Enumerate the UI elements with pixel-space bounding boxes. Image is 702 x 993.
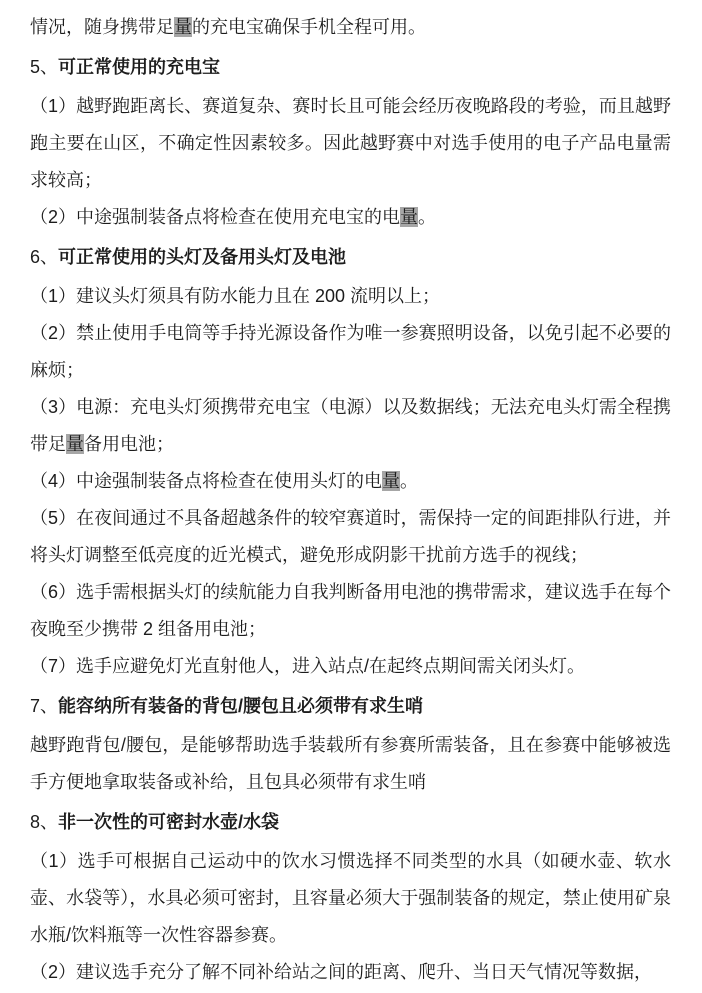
text-run: （7）选手应避免灯光直射他人，进入站点/在起终点期间需关闭头灯。 <box>30 656 585 676</box>
text-run: 。 <box>400 471 418 491</box>
paragraph: （7）选手应避免灯光直射他人，进入站点/在起终点期间需关闭头灯。 <box>30 648 671 685</box>
text-run: 。 <box>418 207 436 227</box>
text-run: （6）选手需根据头灯的续航能力自我判断备用电池的携带需求，建议选手在每个夜晚至少… <box>30 582 671 639</box>
highlighted-character: 量 <box>174 17 192 37</box>
text-run: 情况，随身携带足 <box>30 17 174 37</box>
document-page: 情况，随身携带足量的充电宝确保手机全程可用。5、可正常使用的充电宝（1）越野跑距… <box>0 0 702 993</box>
text-run: （1）建议头灯须具有防水能力且在 200 流明以上； <box>30 286 440 306</box>
heading-number: 7、 <box>30 696 58 716</box>
text-run: 的充电宝确保手机全程可用。 <box>192 17 426 37</box>
paragraph: （1）选手可根据自己运动中的饮水习惯选择不同类型的水具（如硬水壶、软水壶、水袋等… <box>30 843 671 954</box>
heading-number: 5、 <box>30 57 58 77</box>
document-body: 情况，随身携带足量的充电宝确保手机全程可用。5、可正常使用的充电宝（1）越野跑距… <box>30 9 671 991</box>
section-heading: 8、非一次性的可密封水壶/水袋 <box>30 804 671 841</box>
highlighted-character: 量 <box>382 471 400 491</box>
paragraph: （2）建议选手充分了解不同补给站之间的距离、爬升、当日天气情况等数据， <box>30 954 671 991</box>
section-heading: 6、可正常使用的头灯及备用头灯及电池 <box>30 239 671 276</box>
text-run: （2）建议选手充分了解不同补给站之间的距离、爬升、当日天气情况等数据， <box>30 962 652 982</box>
heading-title: 可正常使用的充电宝 <box>58 57 220 77</box>
highlighted-character: 量 <box>66 434 84 454</box>
text-run: （1）越野跑距离长、赛道复杂、赛时长且可能会经历夜晚路段的考验，而且越野跑主要在… <box>30 96 671 190</box>
heading-title: 可正常使用的头灯及备用头灯及电池 <box>58 247 346 267</box>
paragraph: （6）选手需根据头灯的续航能力自我判断备用电池的携带需求，建议选手在每个夜晚至少… <box>30 574 671 648</box>
text-run: 备用电池； <box>84 434 174 454</box>
paragraph: 越野跑背包/腰包，是能够帮助选手装载所有参赛所需装备，且在参赛中能够被选手方便地… <box>30 727 671 801</box>
text-run: （5）在夜间通过不具备超越条件的较窄赛道时，需保持一定的间距排队行进，并将头灯调… <box>30 508 671 565</box>
section-heading: 5、可正常使用的充电宝 <box>30 49 671 86</box>
paragraph: （2）中途强制装备点将检查在使用充电宝的电量。 <box>30 199 671 236</box>
heading-title: 非一次性的可密封水壶/水袋 <box>58 812 279 832</box>
paragraph: （1）越野跑距离长、赛道复杂、赛时长且可能会经历夜晚路段的考验，而且越野跑主要在… <box>30 88 671 199</box>
text-run: （1）选手可根据自己运动中的饮水习惯选择不同类型的水具（如硬水壶、软水壶、水袋等… <box>30 851 671 945</box>
text-run: （2）禁止使用手电筒等手持光源设备作为唯一参赛照明设备，以免引起不必要的麻烦； <box>30 323 671 380</box>
section-heading: 7、能容纳所有装备的背包/腰包且必须带有求生哨 <box>30 688 671 725</box>
text-run: 越野跑背包/腰包，是能够帮助选手装载所有参赛所需装备，且在参赛中能够被选手方便地… <box>30 735 671 792</box>
paragraph: 情况，随身携带足量的充电宝确保手机全程可用。 <box>30 9 671 46</box>
text-run: （4）中途强制装备点将检查在使用头灯的电 <box>30 471 382 491</box>
heading-number: 8、 <box>30 812 58 832</box>
heading-number: 6、 <box>30 247 58 267</box>
paragraph: （5）在夜间通过不具备超越条件的较窄赛道时，需保持一定的间距排队行进，并将头灯调… <box>30 500 671 574</box>
paragraph: （2）禁止使用手电筒等手持光源设备作为唯一参赛照明设备，以免引起不必要的麻烦； <box>30 315 671 389</box>
paragraph: （1）建议头灯须具有防水能力且在 200 流明以上； <box>30 278 671 315</box>
heading-title: 能容纳所有装备的背包/腰包且必须带有求生哨 <box>58 696 423 716</box>
text-run: （2）中途强制装备点将检查在使用充电宝的电 <box>30 207 400 227</box>
highlighted-character: 量 <box>400 207 418 227</box>
paragraph: （4）中途强制装备点将检查在使用头灯的电量。 <box>30 463 671 500</box>
paragraph: （3）电源：充电头灯须携带充电宝（电源）以及数据线；无法充电头灯需全程携带足量备… <box>30 389 671 463</box>
